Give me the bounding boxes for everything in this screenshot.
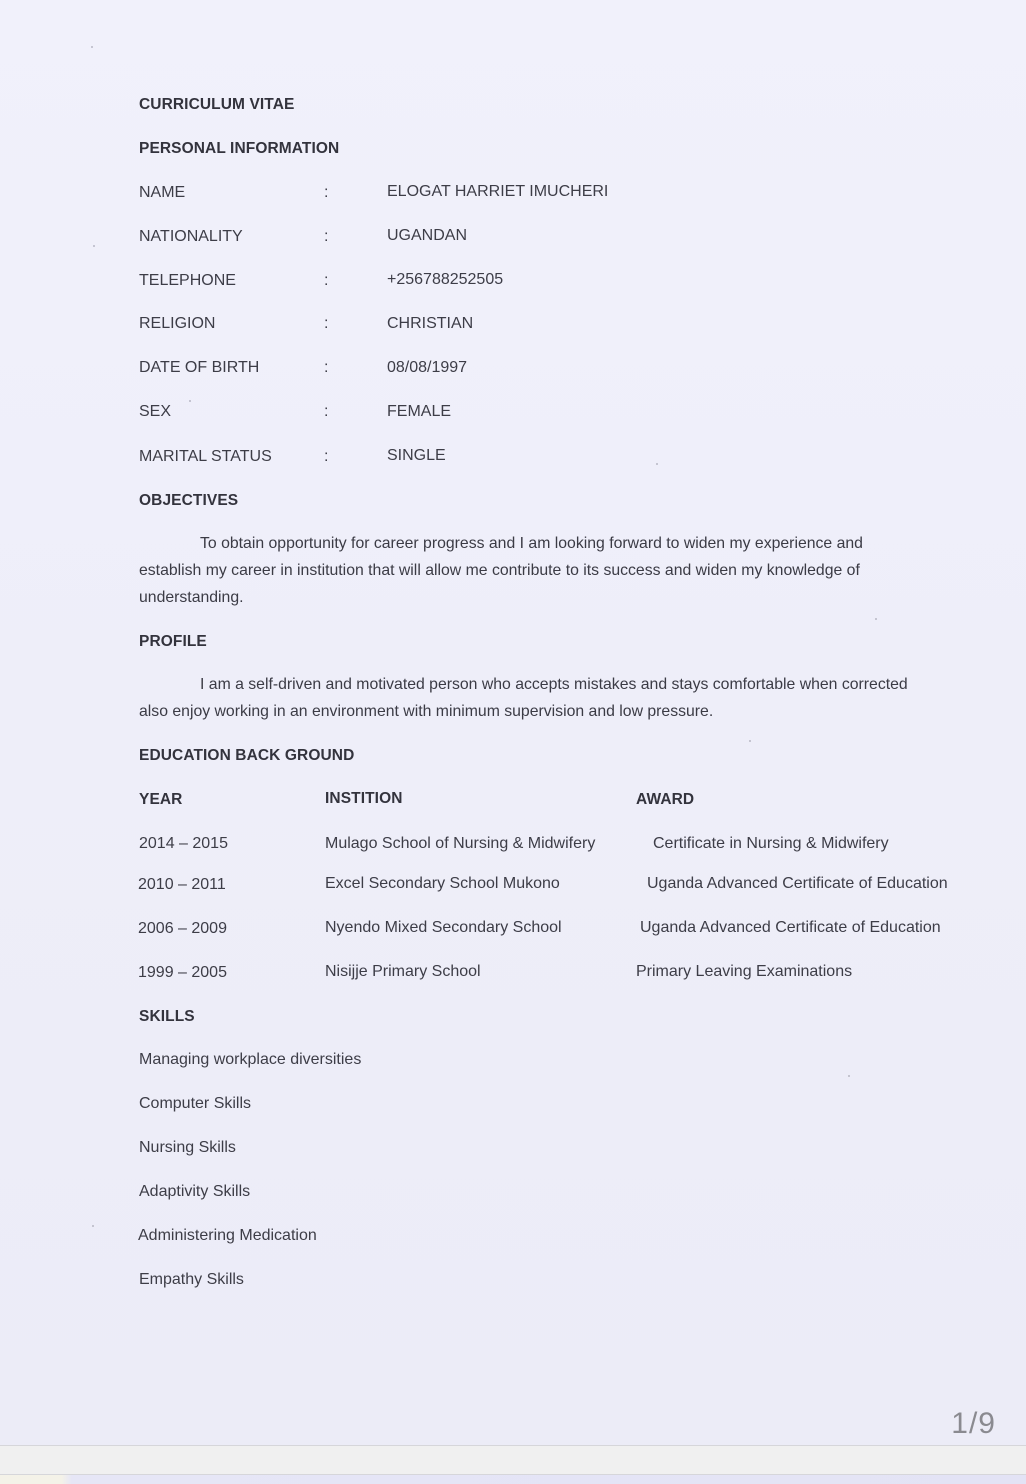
scan-speck <box>91 46 93 48</box>
field-value: FEMALE <box>387 403 451 421</box>
education-award: Uganda Advanced Certificate of Education <box>640 919 941 937</box>
column-header-institution: INSTITION <box>325 790 403 808</box>
education-institution: Nisijje Primary School <box>325 963 481 981</box>
scan-speck <box>189 400 191 402</box>
list-item: Empathy Skills <box>139 1271 244 1289</box>
field-separator: : <box>324 403 328 421</box>
education-institution: Mulago School of Nursing & Midwifery <box>325 835 595 853</box>
education-year: 2006 – 2009 <box>138 920 227 938</box>
profile-text: I am a self-driven and motivated person … <box>139 671 914 725</box>
field-label: SEX <box>139 403 171 421</box>
list-item: Computer Skills <box>139 1095 251 1113</box>
page-indicator: 1/9 <box>951 1407 996 1441</box>
list-item: Administering Medication <box>138 1227 317 1245</box>
scan-speck <box>93 245 95 247</box>
education-institution: Nyendo Mixed Secondary School <box>325 919 562 937</box>
field-value: 08/08/1997 <box>387 359 467 377</box>
column-header-year: YEAR <box>139 791 182 809</box>
field-value: UGANDAN <box>387 227 467 245</box>
list-item: Adaptivity Skills <box>139 1183 250 1201</box>
field-separator: : <box>324 184 328 202</box>
cv-title: CURRICULUM VITAE <box>139 96 294 114</box>
field-value: ELOGAT HARRIET IMUCHERI <box>387 183 608 201</box>
field-value: CHRISTIAN <box>387 315 473 333</box>
education-year: 2014 – 2015 <box>139 835 228 853</box>
personal-information-heading: PERSONAL INFORMATION <box>139 140 339 158</box>
education-award: Uganda Advanced Certificate of Education <box>647 875 948 893</box>
field-label: MARITAL STATUS <box>139 448 272 466</box>
education-year: 2010 – 2011 <box>138 876 226 894</box>
viewer-bottom-bar <box>0 1445 1026 1475</box>
list-item: Nursing Skills <box>139 1139 236 1157</box>
field-label: NAME <box>139 184 185 202</box>
profile-heading: PROFILE <box>139 633 207 651</box>
column-header-award: AWARD <box>636 791 694 809</box>
field-label: RELIGION <box>139 315 215 333</box>
list-item: Managing workplace diversities <box>139 1051 361 1069</box>
field-label: NATIONALITY <box>139 228 243 246</box>
field-value: SINGLE <box>387 447 446 465</box>
field-value: +256788252505 <box>387 271 503 289</box>
next-page-edge <box>0 1475 1026 1484</box>
field-separator: : <box>324 448 328 466</box>
field-separator: : <box>324 272 328 290</box>
objectives-heading: OBJECTIVES <box>139 492 238 510</box>
scan-speck <box>92 1225 94 1227</box>
education-institution: Excel Secondary School Mukono <box>325 875 560 893</box>
field-label: TELEPHONE <box>139 272 236 290</box>
education-award: Certificate in Nursing & Midwifery <box>653 835 889 853</box>
document-page: CURRICULUM VITAE PERSONAL INFORMATION NA… <box>0 0 1026 1445</box>
education-year: 1999 – 2005 <box>138 964 227 982</box>
objectives-text: To obtain opportunity for career progres… <box>139 530 914 611</box>
education-heading: EDUCATION BACK GROUND <box>139 747 354 765</box>
field-separator: : <box>324 315 328 333</box>
skills-heading: SKILLS <box>139 1008 195 1026</box>
field-label: DATE OF BIRTH <box>139 359 259 377</box>
scan-speck <box>875 618 877 620</box>
scan-speck <box>848 1075 850 1077</box>
scan-speck <box>656 463 658 465</box>
education-award: Primary Leaving Examinations <box>636 963 852 981</box>
scan-speck <box>749 740 751 742</box>
field-separator: : <box>324 359 328 377</box>
field-separator: : <box>324 228 328 246</box>
